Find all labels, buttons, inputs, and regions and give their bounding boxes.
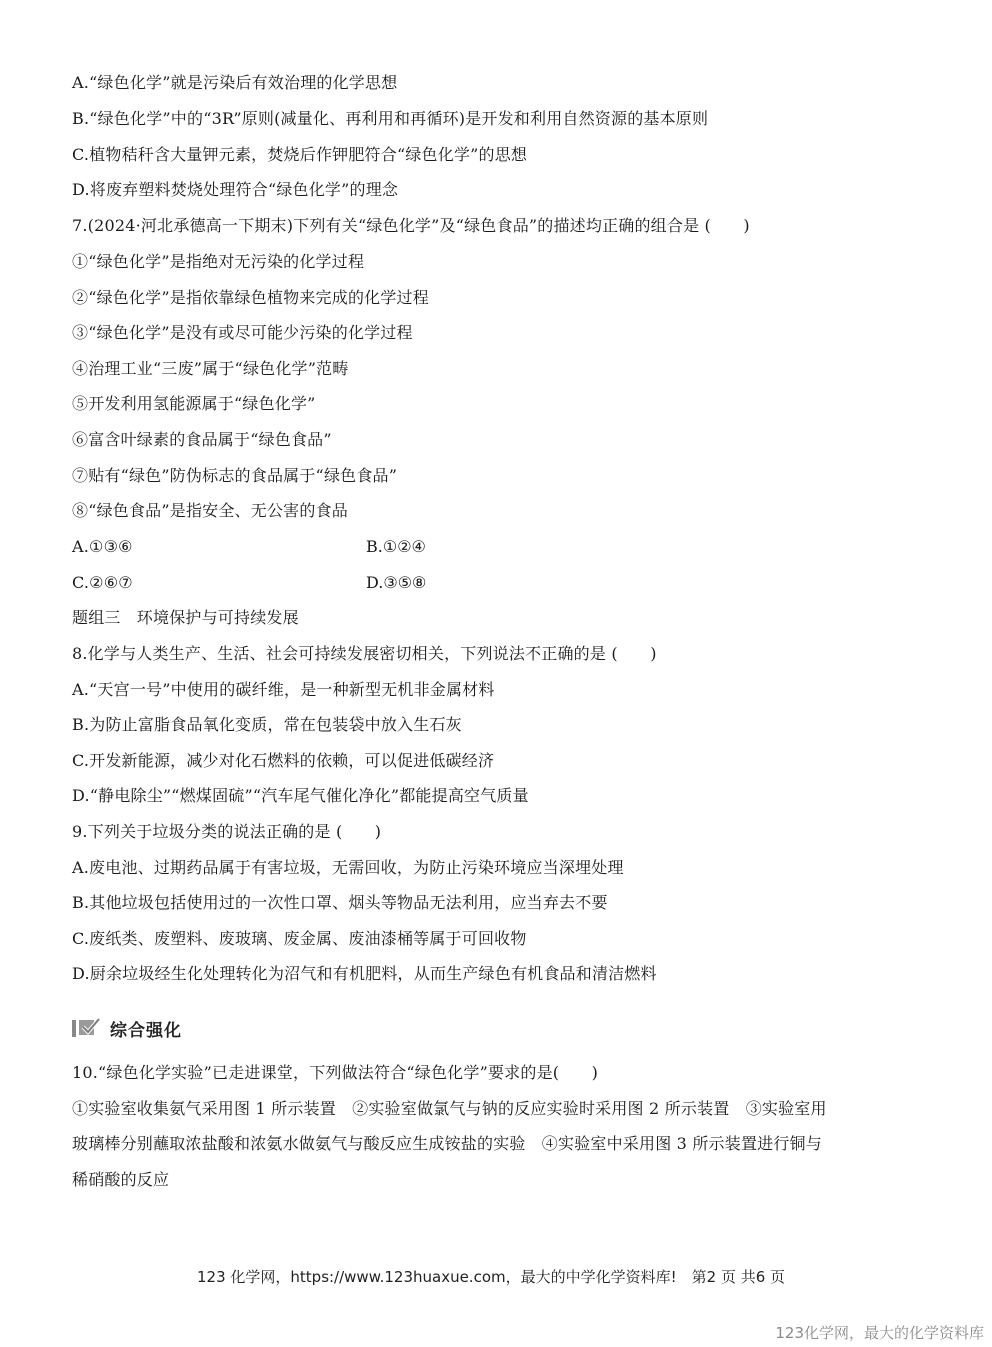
q7-option-a: A.①③⑥ — [72, 536, 133, 558]
q7-statement-6: ⑥富含叶绿素的食品属于“绿色食品” — [72, 429, 332, 451]
page-footer: 123 化学网，https://www.123huaxue.com，最大的中学化… — [197, 1266, 785, 1287]
q10-line-3: 稀硝酸的反应 — [72, 1169, 169, 1191]
q6-option-d: D.将废弃塑料焚烧处理符合“绿色化学”的理念 — [72, 179, 398, 201]
q9-option-d: D.厨余垃圾经生化处理转化为沼气和有机肥料，从而生产绿色有机食品和清洁燃料 — [72, 963, 657, 985]
q7-option-b: B.①②④ — [366, 536, 426, 558]
q7-statement-2: ②“绿色化学”是指依靠绿色植物来完成的化学过程 — [72, 287, 429, 309]
checkbox-icon — [72, 1017, 102, 1039]
q7-statement-8: ⑧“绿色食品”是指安全、无公害的食品 — [72, 500, 348, 522]
q8-option-c: C.开发新能源，减少对化石燃料的依赖，可以促进低碳经济 — [72, 750, 494, 772]
group3-title: 题组三 环境保护与可持续发展 — [72, 607, 299, 629]
q7-statement-4: ④治理工业“三废”属于“绿色化学”范畴 — [72, 358, 349, 380]
q10-line-1: ①实验室收集氨气采用图 1 所示装置 ②实验室做氯气与钠的反应实验时采用图 2 … — [72, 1098, 827, 1120]
q9-stem: 9.下列关于垃圾分类的说法正确的是 ( ) — [72, 821, 381, 843]
q7-statement-5: ⑤开发利用氢能源属于“绿色化学” — [72, 393, 316, 415]
q6-option-c: C.植物秸秆含大量钾元素，焚烧后作钾肥符合“绿色化学”的思想 — [72, 144, 527, 166]
q9-option-b: B.其他垃圾包括使用过的一次性口罩、烟头等物品无法利用，应当弃去不要 — [72, 892, 608, 914]
watermark: 123化学网，最大的化学资料库 — [775, 1322, 984, 1343]
q7-statement-1: ①“绿色化学”是指绝对无污染的化学过程 — [72, 251, 364, 273]
q9-option-a: A.废电池、过期药品属于有害垃圾，无需回收，为防止污染环境应当深埋处理 — [72, 857, 624, 879]
q9-option-c: C.废纸类、废塑料、废玻璃、废金属、废油漆桶等属于可回收物 — [72, 928, 527, 950]
q8-option-a: A.“天宫一号”中使用的碳纤维，是一种新型无机非金属材料 — [72, 679, 495, 701]
q7-statement-3: ③“绿色化学”是没有或尽可能少污染的化学过程 — [72, 322, 413, 344]
q7-option-c: C.②⑥⑦ — [72, 572, 133, 594]
q8-option-d: D.“静电除尘”“燃煤固硫”“汽车尾气催化净化”都能提高空气质量 — [72, 785, 529, 807]
q8-stem: 8.化学与人类生产、生活、社会可持续发展密切相关，下列说法不正确的是 ( ) — [72, 643, 657, 665]
q8-option-b: B.为防止富脂食品氧化变质，常在包装袋中放入生石灰 — [72, 714, 462, 736]
q7-option-d: D.③⑤⑧ — [366, 572, 426, 594]
q10-line-2: 玻璃棒分别蘸取浓盐酸和浓氨水做氨气与酸反应生成铵盐的实验 ④实验室中采用图 3 … — [72, 1133, 822, 1155]
q10-stem: 10.“绿色化学实验”已走进课堂，下列做法符合“绿色化学”要求的是( ) — [72, 1062, 598, 1084]
q7-stem: 7.(2024·河北承德高一下期末)下列有关“绿色化学”及“绿色食品”的描述均正… — [72, 215, 750, 237]
document-page: A.“绿色化学”就是污染后有效治理的化学思想 B.“绿色化学”中的“3R”原则(… — [0, 0, 992, 1347]
section-header: 综合强化 — [72, 1015, 182, 1041]
q6-option-b: B.“绿色化学”中的“3R”原则(减量化、再利用和再循环)是开发和利用自然资源的… — [72, 108, 708, 130]
q6-option-a: A.“绿色化学”就是污染后有效治理的化学思想 — [72, 72, 397, 94]
q7-statement-7: ⑦贴有“绿色”防伪标志的食品属于“绿色食品” — [72, 465, 397, 487]
section-title: 综合强化 — [110, 1016, 182, 1041]
